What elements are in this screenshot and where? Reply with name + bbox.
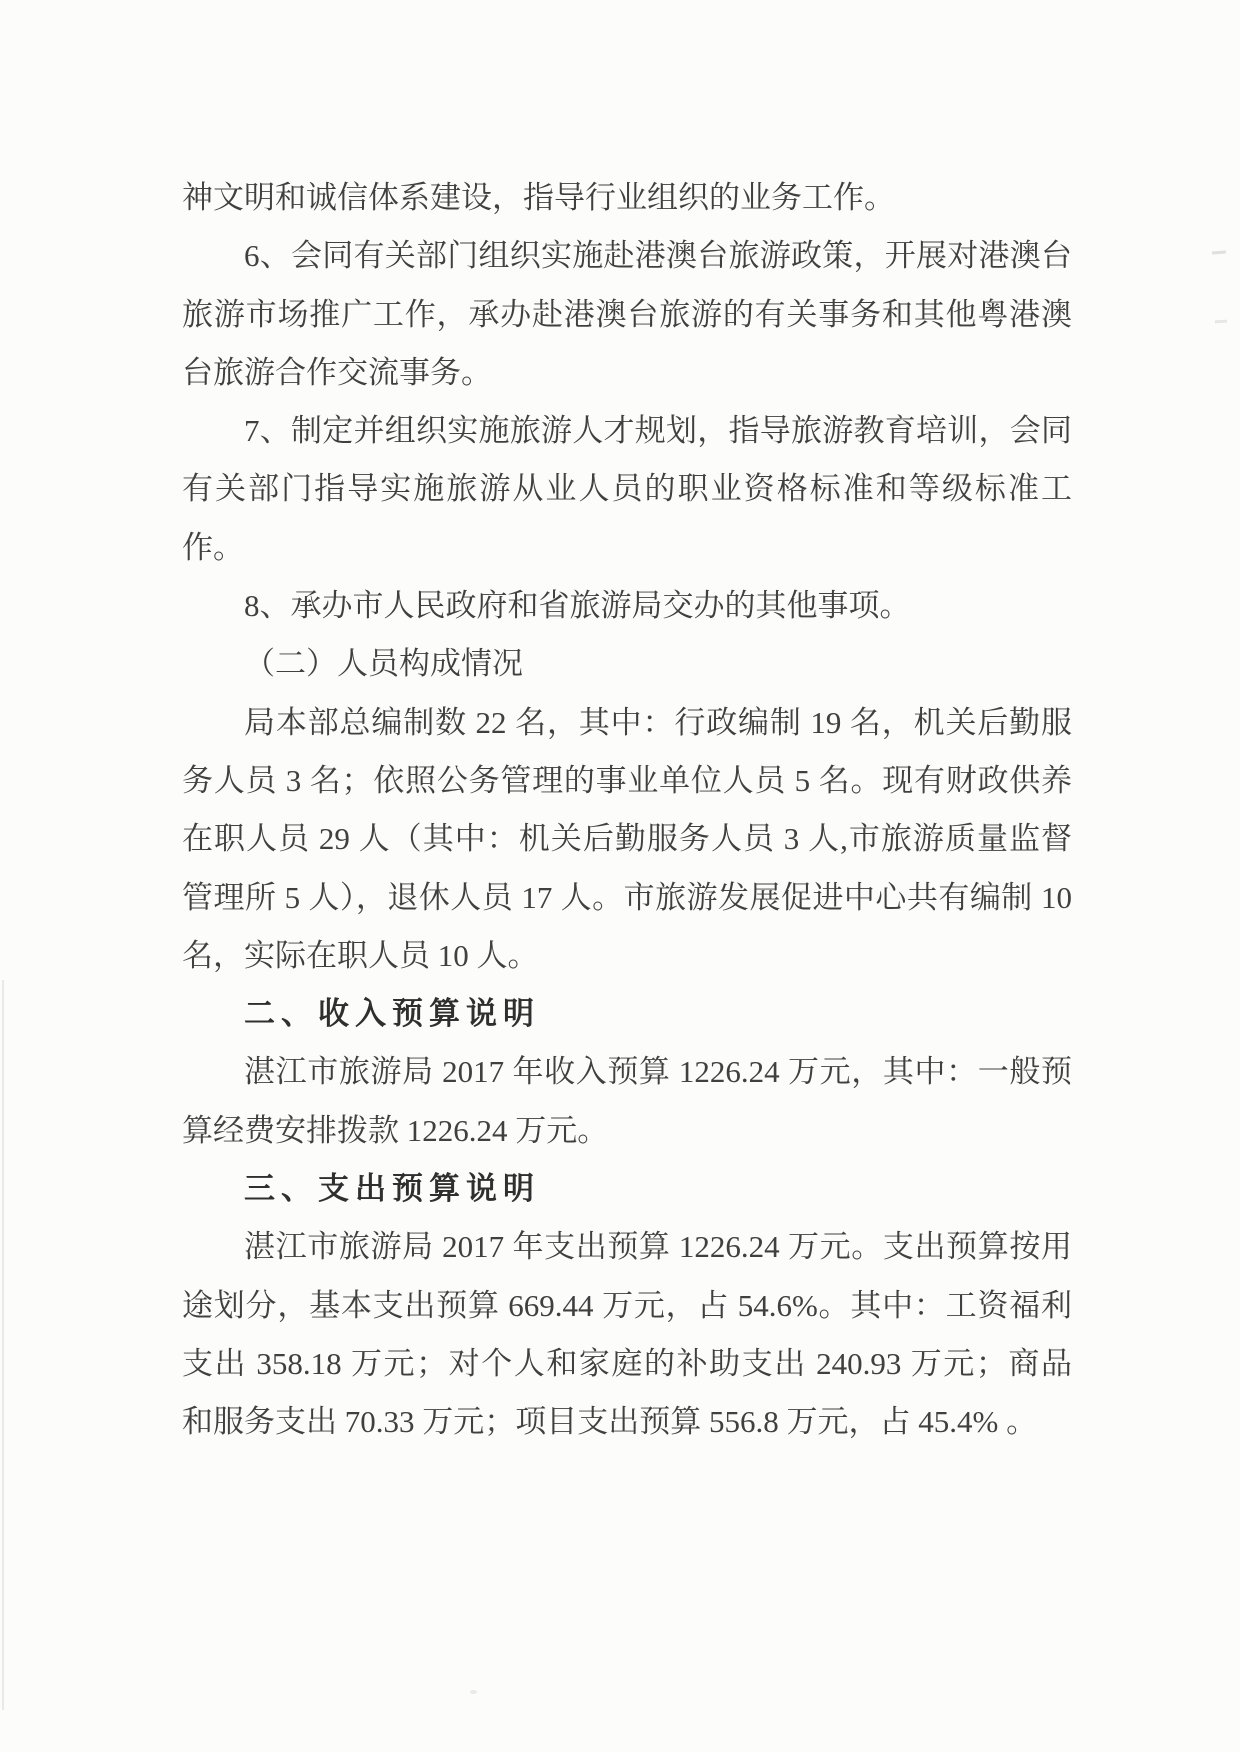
paragraph-line: 务人员 3 名；依照公务管理的事业单位人员 5 名。现有财政供养 <box>182 752 1072 810</box>
paragraph-line: 7、制定并组织实施旅游人才规划，指导旅游教育培训，会同 <box>182 402 1072 460</box>
paragraph-line: 6、会同有关部门组织实施赴港澳台旅游政策，开展对港澳台 <box>182 227 1072 285</box>
paragraph-line: 和服务支出 70.33 万元；项目支出预算 556.8 万元，占 45.4% 。 <box>182 1393 1072 1451</box>
paragraph-line: 支出 358.18 万元；对个人和家庭的补助支出 240.93 万元；商品 <box>182 1335 1072 1393</box>
paragraph-line: 8、承办市人民政府和省旅游局交办的其他事项。 <box>182 577 1072 635</box>
section-heading: 三、支出预算说明 <box>182 1160 1072 1218</box>
paragraph-line: 作。 <box>182 519 1072 577</box>
paragraph-line: 途划分，基本支出预算 669.44 万元，占 54.6%。其中：工资福利 <box>182 1277 1072 1335</box>
scan-artifact-dash <box>1215 320 1227 324</box>
document-page: 神文明和诚信体系建设，指导行业组织的业务工作。 6、会同有关部门组织实施赴港澳台… <box>0 0 1240 1752</box>
paragraph-line: 管理所 5 人），退休人员 17 人。市旅游发展促进中心共有编制 10 <box>182 869 1072 927</box>
scan-edge-line <box>2 980 4 1710</box>
paragraph-line: 在职人员 29 人（其中：机关后勤服务人员 3 人,市旅游质量监督 <box>182 810 1072 868</box>
scan-artifact-speck <box>470 1690 477 1694</box>
paragraph-line: 算经费安排拨款 1226.24 万元。 <box>182 1102 1072 1160</box>
paragraph-line: 台旅游合作交流事务。 <box>182 344 1072 402</box>
paragraph-line: 湛江市旅游局 2017 年支出预算 1226.24 万元。支出预算按用 <box>182 1218 1072 1276</box>
subsection-heading: （二）人员构成情况 <box>182 635 1072 693</box>
scan-artifact-dash <box>1212 251 1226 255</box>
section-heading: 二、收入预算说明 <box>182 985 1072 1043</box>
paragraph-line: 名，实际在职人员 10 人。 <box>182 927 1072 985</box>
paragraph-line: 湛江市旅游局 2017 年收入预算 1226.24 万元，其中：一般预 <box>182 1043 1072 1101</box>
paragraph-line: 局本部总编制数 22 名，其中：行政编制 19 名，机关后勤服 <box>182 694 1072 752</box>
paragraph-line: 旅游市场推广工作，承办赴港澳台旅游的有关事务和其他粤港澳 <box>182 286 1072 344</box>
paragraph-line: 神文明和诚信体系建设，指导行业组织的业务工作。 <box>182 169 1072 227</box>
document-text: 神文明和诚信体系建设，指导行业组织的业务工作。 6、会同有关部门组织实施赴港澳台… <box>182 169 1072 1452</box>
paragraph-line: 有关部门指导实施旅游从业人员的职业资格标准和等级标准工 <box>182 460 1072 518</box>
